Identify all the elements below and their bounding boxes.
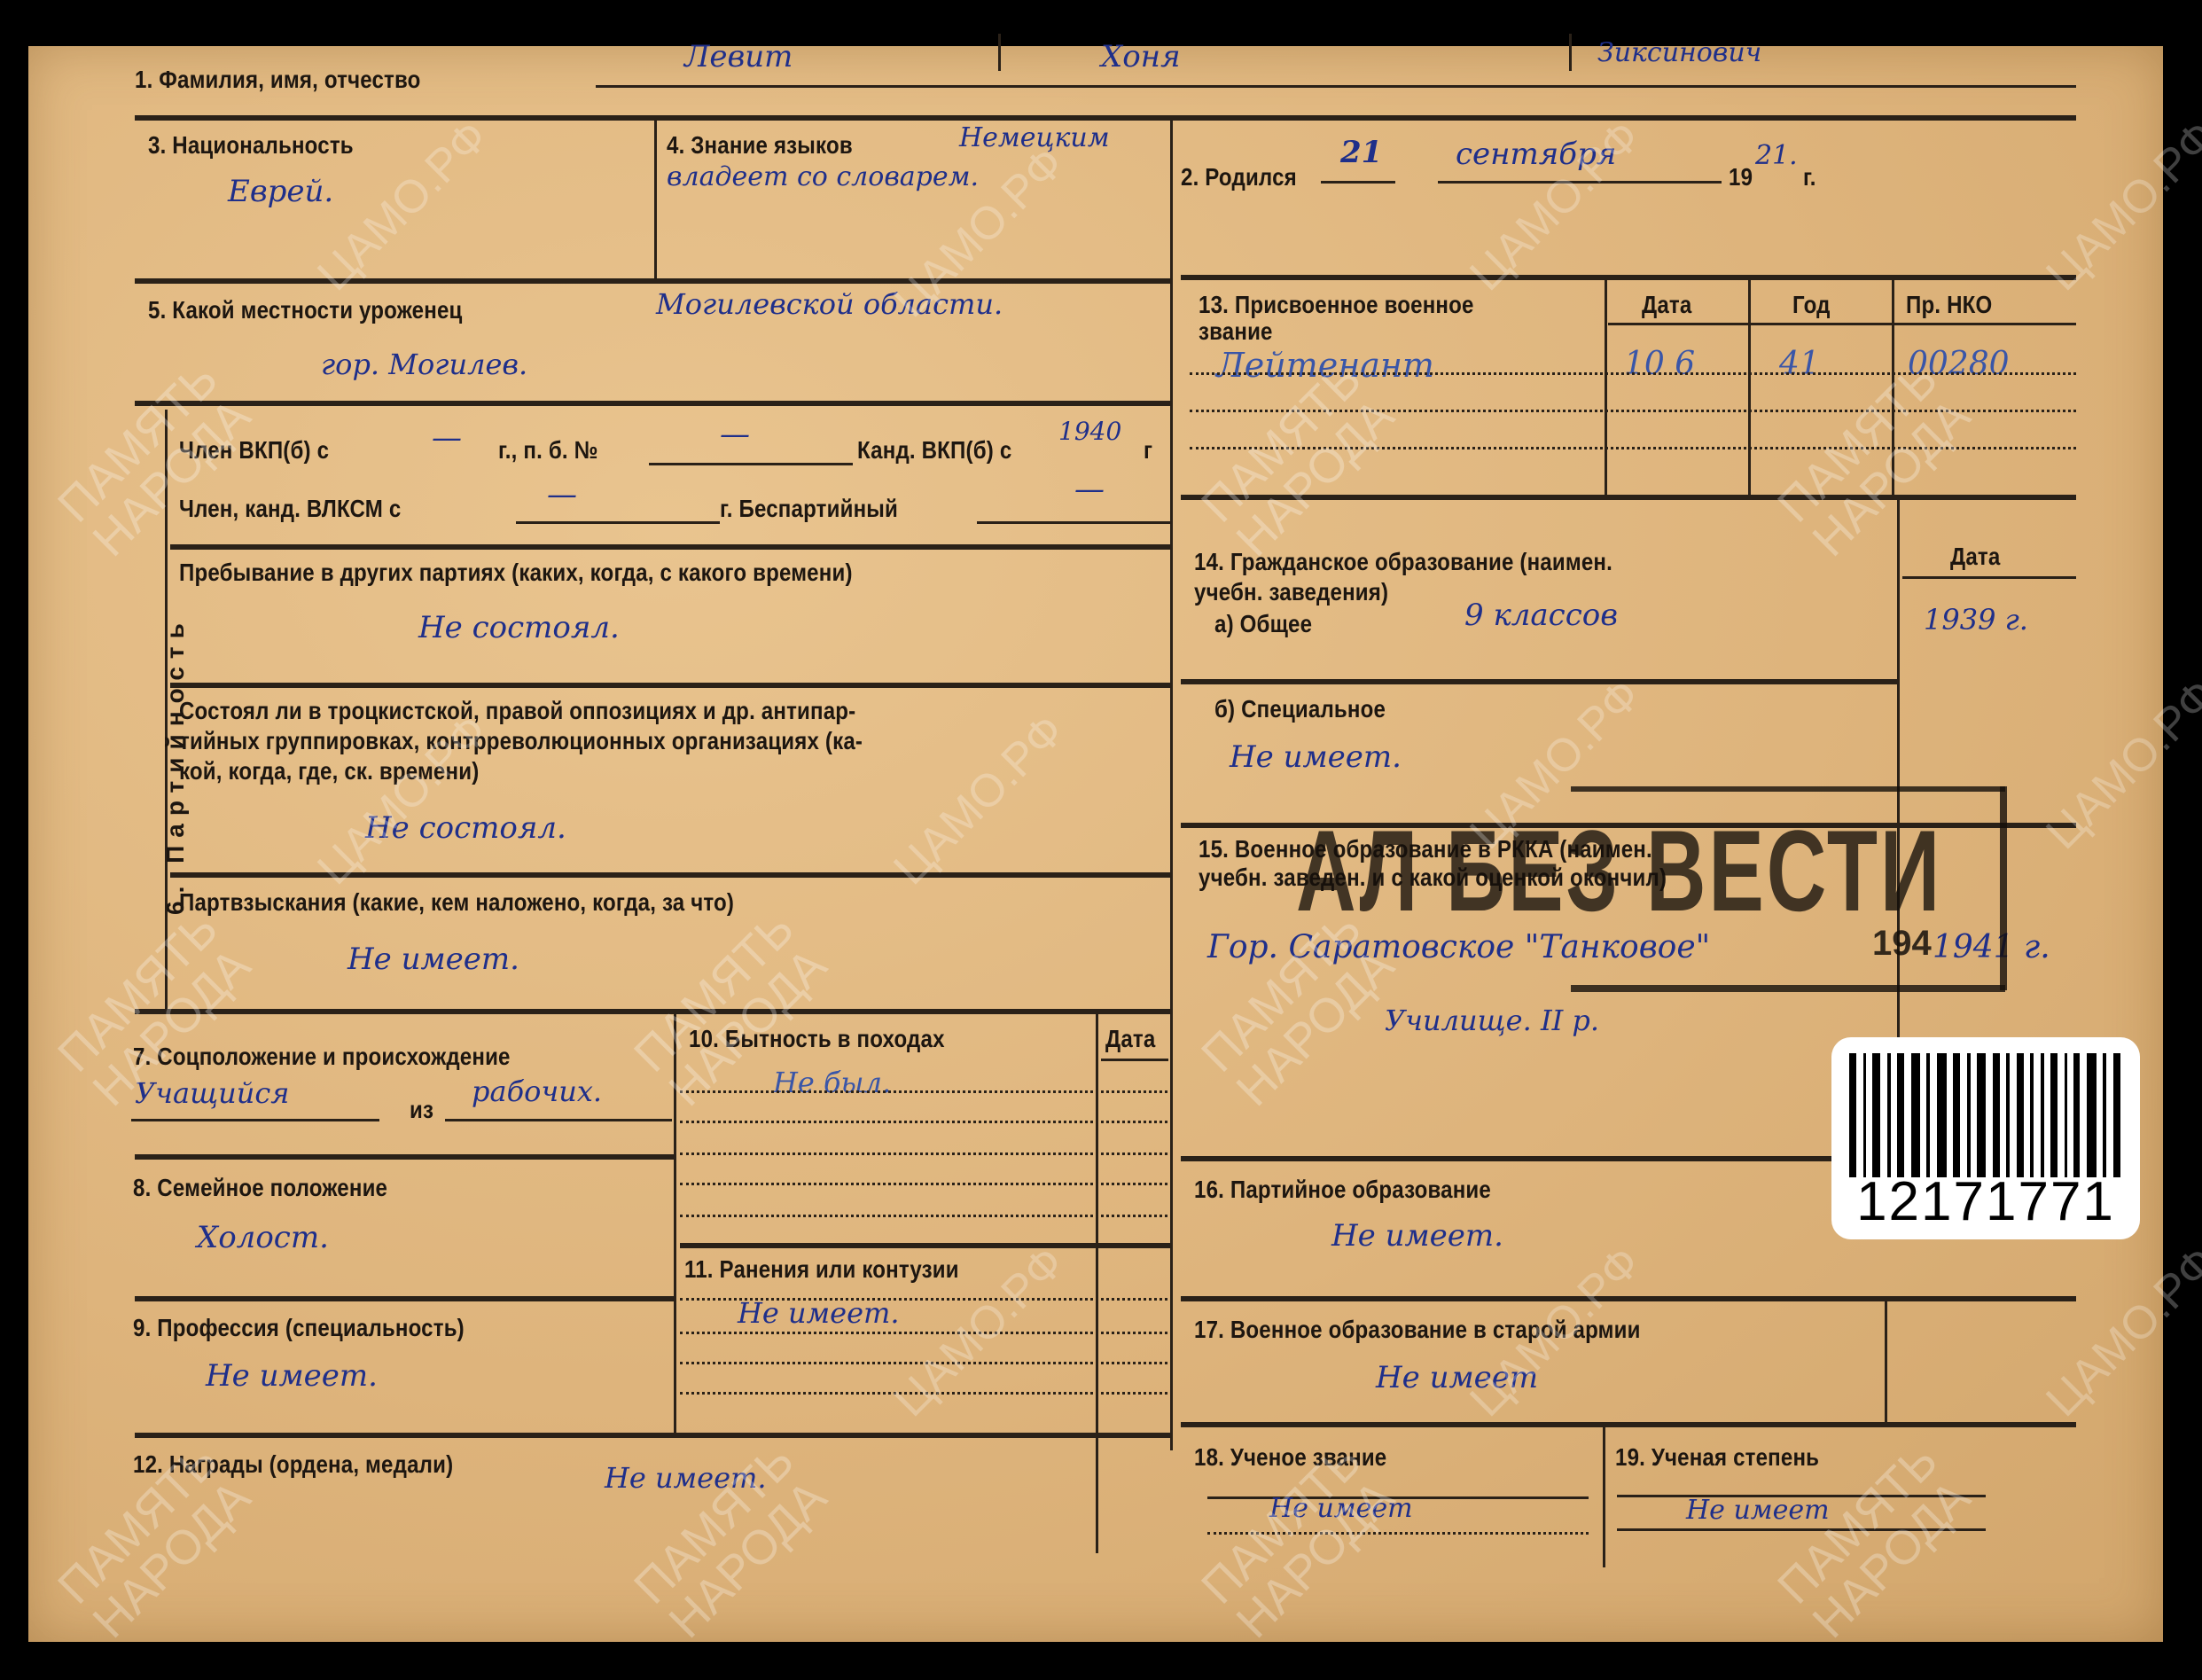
languages-value-cont: владеет со словарем. [667, 161, 979, 192]
watermark-archive: ЦАМО.РФ [2036, 668, 2202, 860]
divider [1885, 1301, 1887, 1422]
divider [1748, 278, 1751, 500]
rule [135, 1009, 1170, 1014]
underline [516, 521, 720, 524]
field-13-label: 13. Присвоенное военное [1199, 291, 1474, 319]
personnel-record-card: 1. Фамилия, имя, отчество Левит Хоня Зик… [28, 46, 2163, 1642]
rank-date: 10 6 [1624, 346, 1695, 382]
stamp-frame [1571, 985, 2005, 992]
dotted-line [680, 1090, 1167, 1093]
field-16-label: 16. Партийное образование [1194, 1176, 1491, 1204]
col-year-header: Год [1792, 291, 1831, 319]
party-education-value: Не имеет. [1331, 1218, 1503, 1254]
vkp-pb-value: — [720, 417, 750, 452]
stamp-year: 194 [1872, 924, 1932, 964]
underline [445, 1119, 672, 1121]
special-label: б) Специальное [1214, 695, 1386, 723]
rule [170, 544, 1170, 550]
campaigns-value: Не был. [773, 1066, 891, 1099]
name-value: Хоня [1101, 39, 1181, 74]
opposition-label-2: тийных группировках, контрреволюционных … [179, 727, 863, 755]
military-school-value-cont: Училище. II р. [1385, 1004, 1599, 1037]
penalties-value: Не имеет. [347, 942, 519, 977]
general-value: 9 классов [1464, 598, 1618, 633]
rule [135, 401, 1170, 406]
rule [1181, 1156, 1837, 1161]
col-order-header: Пр. НКО [1906, 291, 1992, 319]
divider [998, 34, 1001, 71]
field-2-label: 2. Родился [1181, 163, 1297, 191]
barcode-number: 12171771 [1831, 1170, 2140, 1233]
field-3-label: 3. Национальность [148, 131, 354, 160]
general-date: 1939 г. [1924, 603, 2028, 637]
underline [649, 463, 853, 465]
divider [1096, 1438, 1098, 1553]
patronymic-value: Зиксинович [1597, 37, 1761, 68]
marital-status-value: Холост. [197, 1220, 329, 1255]
field-14-label-cont: учебн. заведения) [1194, 578, 1388, 606]
vlksm-value: — [547, 477, 577, 512]
wounds-value: Не имеет. [738, 1296, 900, 1330]
rule [135, 115, 2076, 121]
underline [596, 85, 2076, 88]
barcode-bars [1849, 1053, 2120, 1177]
special-value: Не имеет. [1230, 739, 1402, 775]
rank-year: 41 [1779, 346, 1820, 382]
origin-value: рабочих. [472, 1074, 602, 1108]
opposition-label: Состоял ли в троцкистской, правой оппози… [179, 697, 855, 725]
rule [135, 278, 1170, 284]
other-parties-value: Не состоял. [418, 610, 620, 645]
vlksm-label: Член, канд. ВЛКСМ с [179, 495, 401, 523]
rule [170, 872, 1170, 878]
penalties-label: Партвзыскания (какие, кем наложено, когд… [179, 888, 734, 917]
social-status-value: Учащийся [135, 1076, 289, 1110]
field-1-label: 1. Фамилия, имя, отчество [135, 66, 421, 94]
rule [1608, 323, 2076, 325]
field-11-label: 11. Ранения или контузии [684, 1255, 959, 1284]
nonparty-label: г. Беспартийный [720, 495, 898, 523]
divider [1569, 34, 1572, 71]
underline [977, 521, 1170, 524]
rule [170, 683, 1170, 688]
center-divider [1170, 121, 1173, 1450]
year-prefix: 19 [1729, 163, 1753, 191]
watermark-archive: ЦАМО.РФ [884, 704, 1075, 895]
field-5-label: 5. Какой местности уроженец [148, 296, 462, 324]
dotted-line [680, 1153, 1167, 1155]
birthplace-city: гор. Могилев. [321, 348, 527, 381]
rule [135, 1433, 1170, 1438]
vkp-cand-label: Канд. ВКП(б) с [857, 436, 1011, 465]
stamp-frame [2000, 786, 2007, 990]
vkp-member-value: — [432, 420, 462, 456]
rule [1181, 1296, 2076, 1301]
surname-value: Левит [684, 39, 793, 74]
year-unit: г. [1803, 163, 1816, 191]
archive-barcode: 12171771 [1831, 1037, 2140, 1239]
field-4-label: 4. Знание языков [667, 131, 853, 160]
vkp-cand-unit: г [1144, 436, 1152, 465]
divider [1605, 278, 1607, 500]
rule [1181, 275, 2076, 280]
other-parties-label: Пребывание в других партиях (каких, когд… [179, 559, 853, 587]
field-14-date-header: Дата [1950, 543, 2000, 571]
birth-day: 21 [1340, 135, 1382, 170]
nationality-value: Еврей. [228, 174, 333, 209]
birth-year: 21. [1755, 140, 1798, 171]
divider [654, 121, 657, 280]
dotted-line [680, 1215, 1167, 1217]
rule [1101, 1059, 1168, 1061]
field-10-date-header: Дата [1105, 1025, 1155, 1053]
rule [1902, 576, 2076, 579]
rule [135, 1296, 674, 1301]
field-19-label: 19. Ученая степень [1615, 1443, 1819, 1472]
rule [1181, 679, 1897, 684]
vkp-cand-value: 1940 [1058, 417, 1121, 446]
field-13-label-cont: звание [1199, 317, 1273, 346]
field-9-label: 9. Профессия (специальность) [133, 1314, 465, 1342]
col-date-header: Дата [1642, 291, 1691, 319]
dotted-line [680, 1121, 1167, 1123]
rule [680, 1243, 1170, 1248]
profession-value: Не имеет. [206, 1358, 378, 1394]
underline [1321, 181, 1395, 184]
nonparty-value: — [1074, 472, 1105, 507]
rule [135, 1154, 674, 1160]
rule [1181, 1422, 2076, 1427]
watermark-archive: ЦАМО.РФ [2036, 110, 2202, 301]
stamp-frame [1571, 786, 2005, 792]
watermark-archive: ЦАМО.РФ [2036, 1236, 2202, 1427]
dotted-line [680, 1332, 1167, 1334]
divider [1603, 1427, 1605, 1567]
field-8-label: 8. Семейное положение [133, 1174, 387, 1202]
vkp-pb-label: г., п. б. № [498, 436, 598, 465]
from-label: из [410, 1096, 433, 1124]
stamp-text: АЛ БЕЗ ВЕСТИ [1296, 804, 1942, 937]
divider [1096, 1014, 1098, 1438]
general-label: а) Общее [1214, 610, 1312, 638]
underline [131, 1119, 379, 1121]
dotted-line [680, 1183, 1167, 1185]
academic-degree-value: Не имеет [1686, 1495, 1830, 1526]
